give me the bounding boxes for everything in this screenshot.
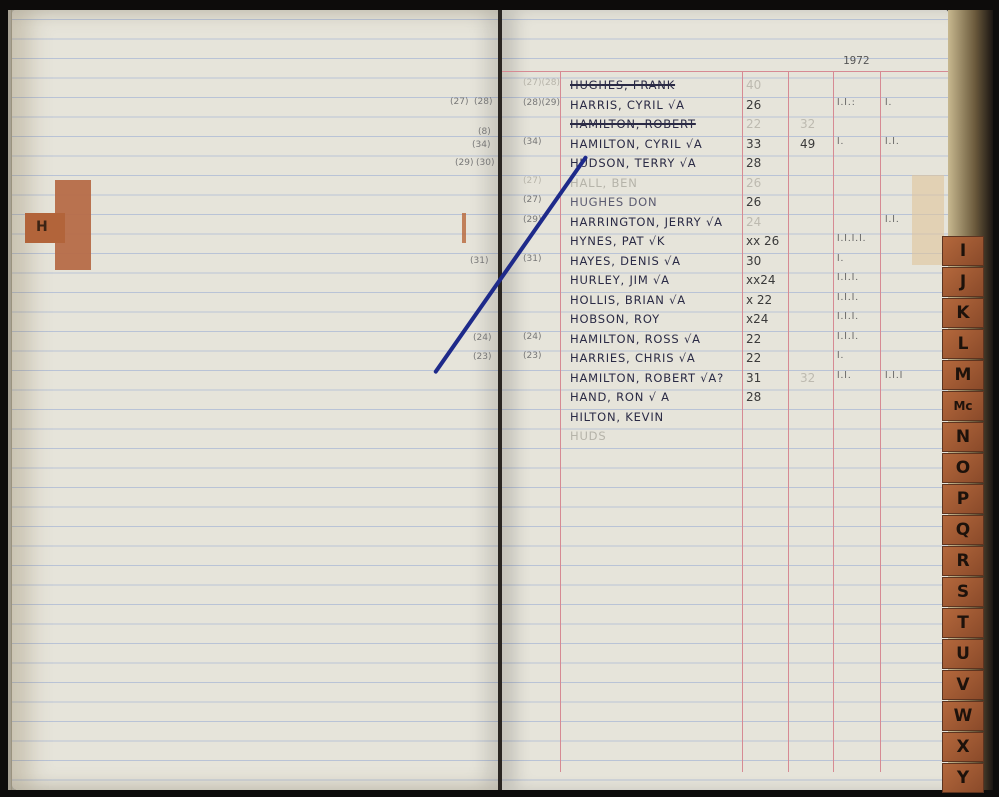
margin-number: (34): [472, 140, 490, 150]
entry-value: 40: [746, 78, 761, 92]
entry-value: 26: [746, 195, 761, 209]
entry-value: 22: [746, 117, 761, 131]
entry-tally: l.l.l.: [837, 273, 859, 283]
entry-tally: l.: [837, 351, 844, 361]
margin-number: (23): [473, 352, 491, 362]
entry-name: Huds: [570, 429, 606, 443]
entry-extra-value: 32: [800, 117, 815, 131]
entry-tally: l.: [885, 98, 892, 108]
entry-reference: (27): [523, 195, 541, 205]
index-tab-w[interactable]: W: [942, 701, 984, 731]
entry-name: Hamilton, Robert √A?: [570, 371, 724, 385]
entry-name: Hobson, Roy: [570, 312, 660, 326]
header-rule: [502, 71, 948, 72]
index-tab-p[interactable]: P: [942, 484, 984, 514]
entry-tally: l.l.: [885, 137, 900, 147]
entry-reference: (34): [523, 137, 541, 147]
ledger-book: 1972 H (27)(28)(8)(34)(29)(30)(31)(24)(2…: [0, 0, 999, 797]
entry-tally: l.l.l.l.: [837, 234, 866, 244]
entry-name: Hamilton, Ross √A: [570, 332, 701, 346]
index-tab-n[interactable]: N: [942, 422, 984, 452]
entry-value: 22: [746, 332, 761, 346]
index-tab-l[interactable]: L: [942, 329, 984, 359]
entry-value: x 22: [746, 293, 772, 307]
margin-number: (30): [476, 158, 494, 168]
index-tab-k[interactable]: K: [942, 298, 984, 328]
entry-tally: l.: [837, 137, 844, 147]
year-label: 1972: [843, 54, 870, 67]
entry-name: Harrington, Jerry √A: [570, 215, 723, 229]
entry-name: Hollis, Brian √A: [570, 293, 686, 307]
column-rule: [788, 72, 789, 772]
entry-reference: (27): [523, 176, 541, 186]
column-rule: [742, 72, 743, 772]
entry-reference: (23): [523, 351, 541, 361]
entry-value: 28: [746, 156, 761, 170]
entry-value: 22: [746, 351, 761, 365]
entry-name: Hayes, Denis √A: [570, 254, 681, 268]
entry-tally: l.l.l: [885, 371, 903, 381]
entry-name: Hamilton, Cyril √A: [570, 137, 703, 151]
entry-name: Hughes, Frank: [570, 78, 675, 92]
entry-name: Harris, Cyril √A: [570, 98, 685, 112]
margin-number: (24): [473, 333, 491, 343]
index-tab-u[interactable]: U: [942, 639, 984, 669]
column-rule: [880, 72, 881, 772]
index-tab-s[interactable]: S: [942, 577, 984, 607]
margin-number: (27): [450, 97, 468, 107]
entry-tally: l.l.l.: [837, 332, 859, 342]
margin-number: (8): [478, 127, 491, 137]
index-tab-i[interactable]: I: [942, 236, 984, 266]
entry-name: Hudson, Terry √A: [570, 156, 696, 170]
index-tab-j[interactable]: J: [942, 267, 984, 297]
index-tab-q[interactable]: Q: [942, 515, 984, 545]
entry-extra-value: 32: [800, 371, 815, 385]
entry-value: 31: [746, 371, 761, 385]
index-tab-mc[interactable]: Mc: [942, 391, 984, 421]
margin-number: (31): [470, 256, 488, 266]
entry-value: 28: [746, 390, 761, 404]
alphabet-index-tabs: IJKLMMcNOPQRSTUVWXY: [942, 236, 984, 794]
index-tab-x[interactable]: X: [942, 732, 984, 762]
entry-name: Hurley, Jim √A: [570, 273, 670, 287]
margin-number: (29): [455, 158, 473, 168]
entry-value: 30: [746, 254, 761, 268]
entry-value: 33: [746, 137, 761, 151]
entry-value: 26: [746, 176, 761, 190]
right-page: [502, 10, 948, 790]
entry-tally: l.l.: [885, 215, 900, 225]
index-tab-h-label: H: [36, 219, 48, 235]
entry-reference: (27)(28): [523, 78, 560, 88]
entry-value: 24: [746, 215, 761, 229]
entry-tally: l.l.l.: [837, 293, 859, 303]
entry-reference: (31): [523, 254, 541, 264]
entry-name: Harries, Chris √A: [570, 351, 696, 365]
entry-name: Hughes Don: [570, 195, 657, 209]
entry-name: Hall, Ben: [570, 176, 638, 190]
stain: [912, 175, 944, 265]
entry-tally: l.l.:: [837, 98, 856, 108]
entry-reference: (24): [523, 332, 541, 342]
entry-tally: l.: [837, 254, 844, 264]
left-page: [12, 10, 500, 790]
entry-name: Hilton, Kevin: [570, 410, 664, 424]
index-tab-o[interactable]: O: [942, 453, 984, 483]
entry-extra-value: 49: [800, 137, 815, 151]
index-tab-y[interactable]: Y: [942, 763, 984, 793]
stain: [462, 213, 466, 243]
entry-name: Hand, Ron √ A: [570, 390, 670, 404]
entry-name: Hamilton, Robert: [570, 117, 696, 131]
index-tab-r[interactable]: R: [942, 546, 984, 576]
entry-value: xx 26: [746, 234, 779, 248]
entry-name: Hynes, Pat √K: [570, 234, 665, 248]
margin-number: (28): [474, 97, 492, 107]
column-rule: [833, 72, 834, 772]
index-tab-m[interactable]: M: [942, 360, 984, 390]
entry-tally: l.l.l.: [837, 312, 859, 322]
index-tab-t[interactable]: T: [942, 608, 984, 638]
entry-value: 26: [746, 98, 761, 112]
entry-value: xx24: [746, 273, 775, 287]
entry-value: x24: [746, 312, 768, 326]
index-tab-v[interactable]: V: [942, 670, 984, 700]
column-rule: [560, 72, 561, 772]
entry-tally: l.l.: [837, 371, 852, 381]
entry-reference: (28)(29): [523, 98, 560, 108]
